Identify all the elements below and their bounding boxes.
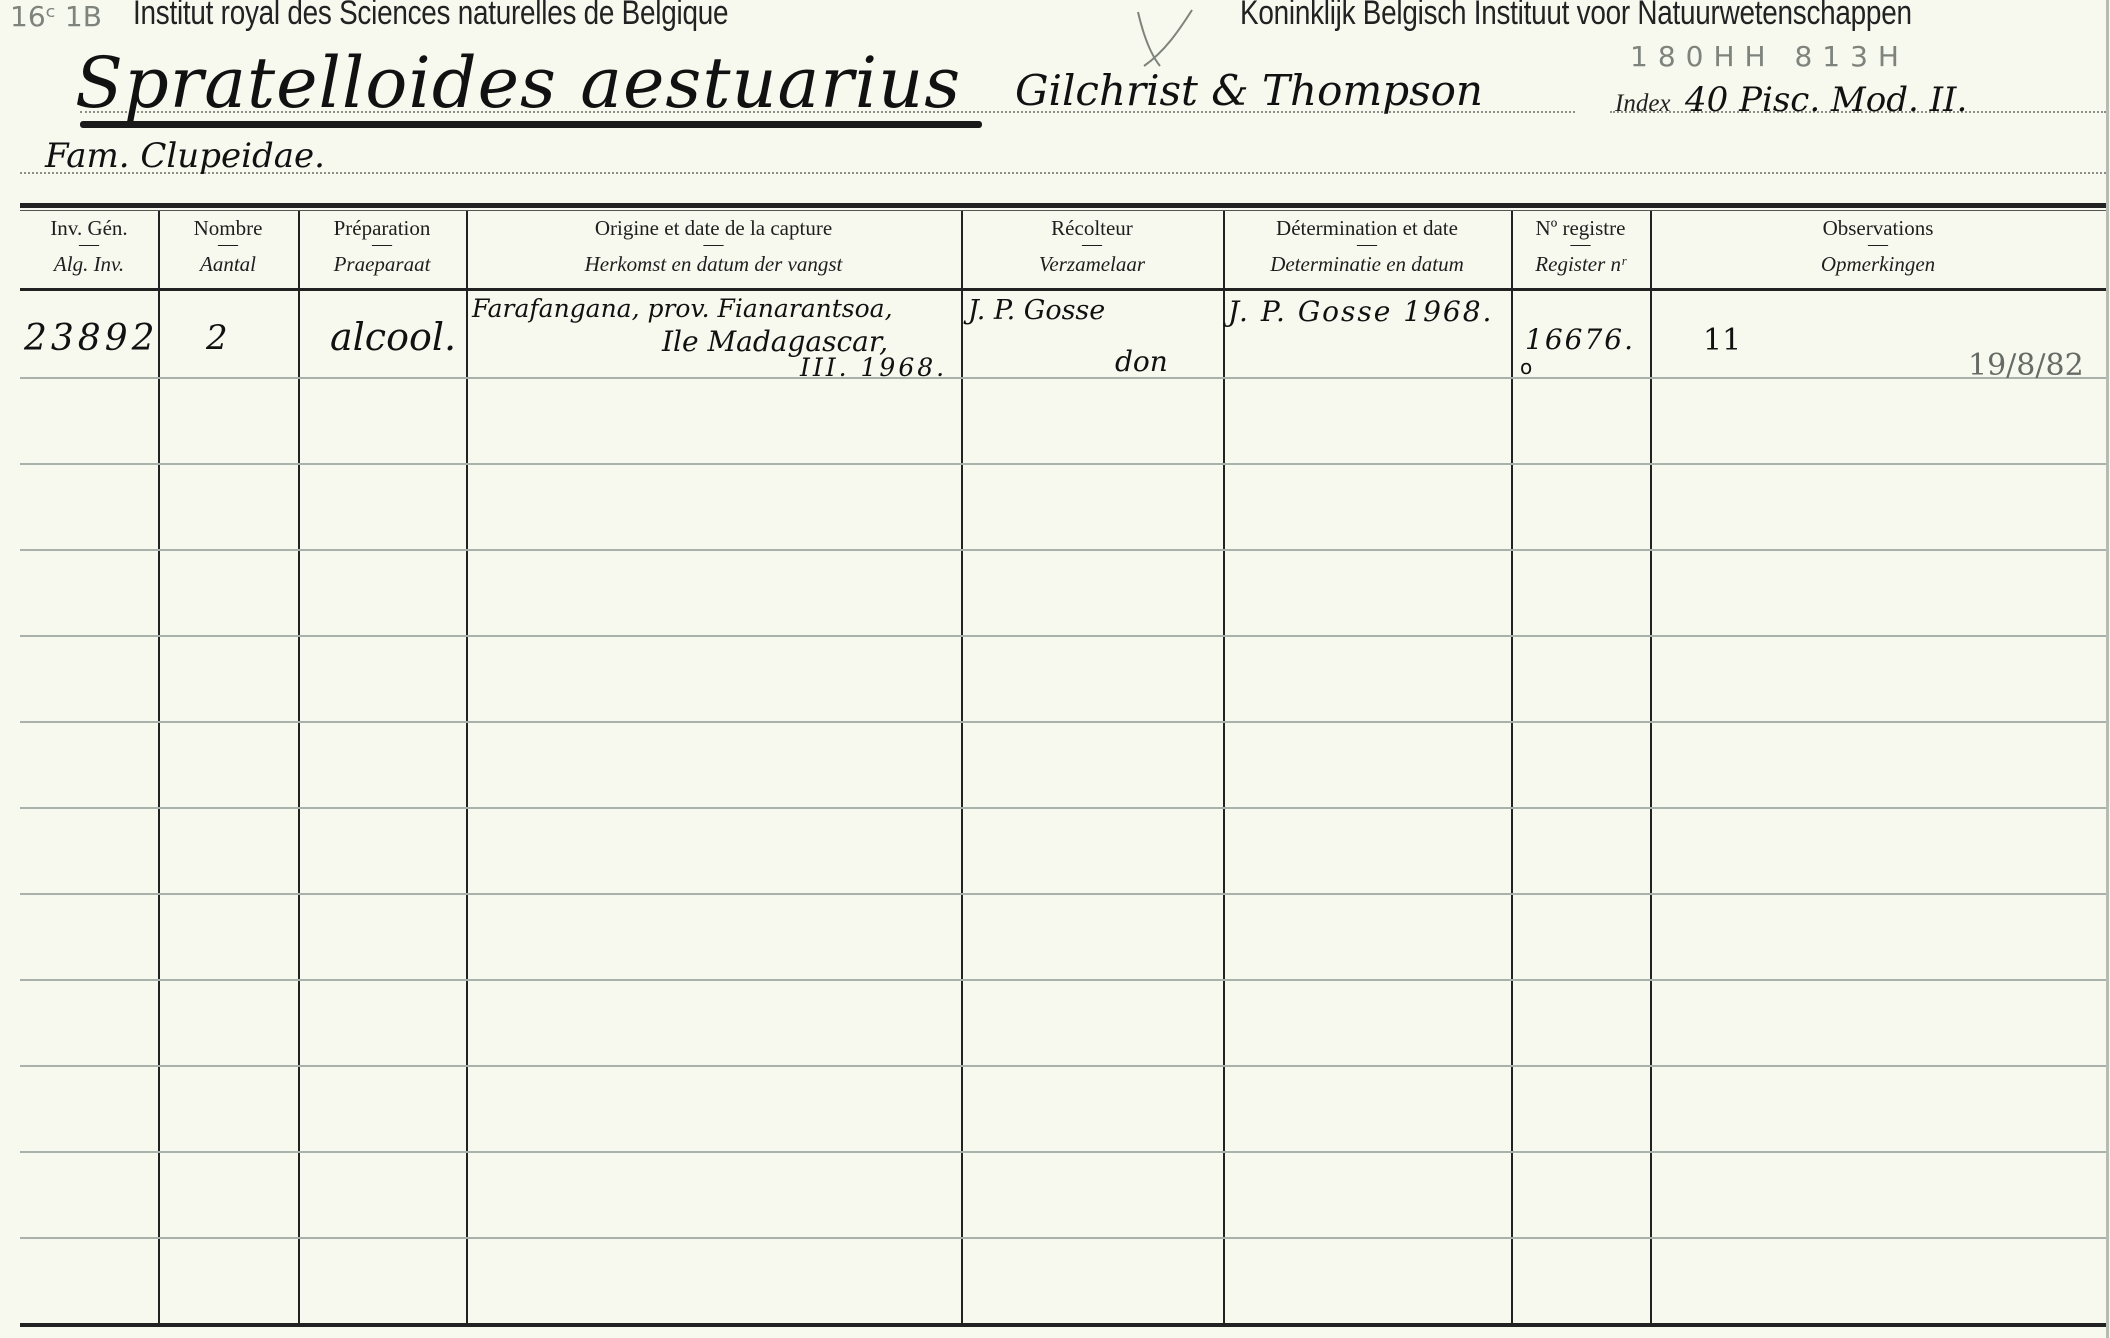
- family-name: Fam. Clupeidae.: [45, 136, 325, 176]
- row-divider: [20, 635, 2106, 637]
- row-divider: [20, 1237, 2106, 1239]
- cell-collector: J. P. Gosse: [968, 295, 1105, 326]
- cell-determination: J. P. Gosse 1968.: [1228, 295, 1493, 328]
- index-label: Index: [1615, 90, 1671, 118]
- specimen-table: Inv. Gén.—Alg. Inv. Nombre—Aantal Prépar…: [20, 203, 2106, 1327]
- cell-count: 2: [206, 318, 228, 358]
- column-header-origin: Origine et date de la capture—Herkomst e…: [466, 211, 961, 288]
- column-header-determination: Détermination et date—Determinatie en da…: [1223, 211, 1511, 288]
- row-divider: [20, 721, 2106, 723]
- cell-origin-line1: Farafangana, prov. Fianarantsoa,: [472, 294, 893, 323]
- row-divider: [20, 807, 2106, 809]
- family-dotted-line: [20, 172, 2106, 174]
- row-divider: [20, 893, 2106, 895]
- row-divider: [20, 979, 2106, 981]
- column-header-count: Nombre—Aantal: [158, 211, 298, 288]
- institute-name-dutch: Koninklijk Belgisch Instituut voor Natuu…: [1240, 0, 1912, 33]
- cell-register-number: 16676.: [1525, 323, 1635, 356]
- cell-preparation: alcool.: [330, 315, 456, 359]
- species-underline: [80, 121, 982, 128]
- cross-mark-icon: [1130, 8, 1200, 68]
- row-divider: [20, 1065, 2106, 1067]
- row-divider: [20, 463, 2106, 465]
- cell-origin-line3: III. 1968.: [800, 353, 947, 382]
- register-pencil-annotation: 180HH 813H: [1630, 40, 1909, 73]
- species-author: Gilchrist & Thompson: [1015, 66, 1483, 115]
- column-header-preparation: Préparation—Praeparaat: [298, 211, 466, 288]
- specimen-index-card: Institut royal des Sciences naturelles d…: [0, 0, 2109, 1338]
- cell-collector-note: don: [1115, 345, 1168, 378]
- index-value: 40 Pisc. Mod. II.: [1685, 80, 1967, 120]
- cell-observation-pencil: 11: [1703, 323, 1741, 358]
- table-top-rule: [20, 203, 2106, 208]
- row-divider: [20, 377, 2106, 379]
- column-header-inv: Inv. Gén.—Alg. Inv.: [20, 211, 158, 288]
- cell-inv-number: 23892: [24, 318, 159, 359]
- column-header-observations: Observations—Opmerkingen: [1650, 211, 2106, 288]
- species-name: Spratelloides aestuarius: [75, 42, 961, 124]
- row-divider: [20, 549, 2106, 551]
- cell-register-mark: o: [1520, 355, 1532, 379]
- column-header-register: Nº registre—Register nʳ: [1511, 211, 1650, 288]
- header-bottom-rule: [20, 288, 2106, 291]
- cell-observation-date: 19/8/82: [1968, 348, 2084, 383]
- column-header-collector: Récolteur—Verzamelaar: [961, 211, 1223, 288]
- row-divider: [20, 1151, 2106, 1153]
- institute-name-french: Institut royal des Sciences naturelles d…: [133, 0, 728, 33]
- corner-pencil-annotation: 16ᶜ 1B: [10, 0, 102, 33]
- table-bottom-rule: [20, 1323, 2106, 1327]
